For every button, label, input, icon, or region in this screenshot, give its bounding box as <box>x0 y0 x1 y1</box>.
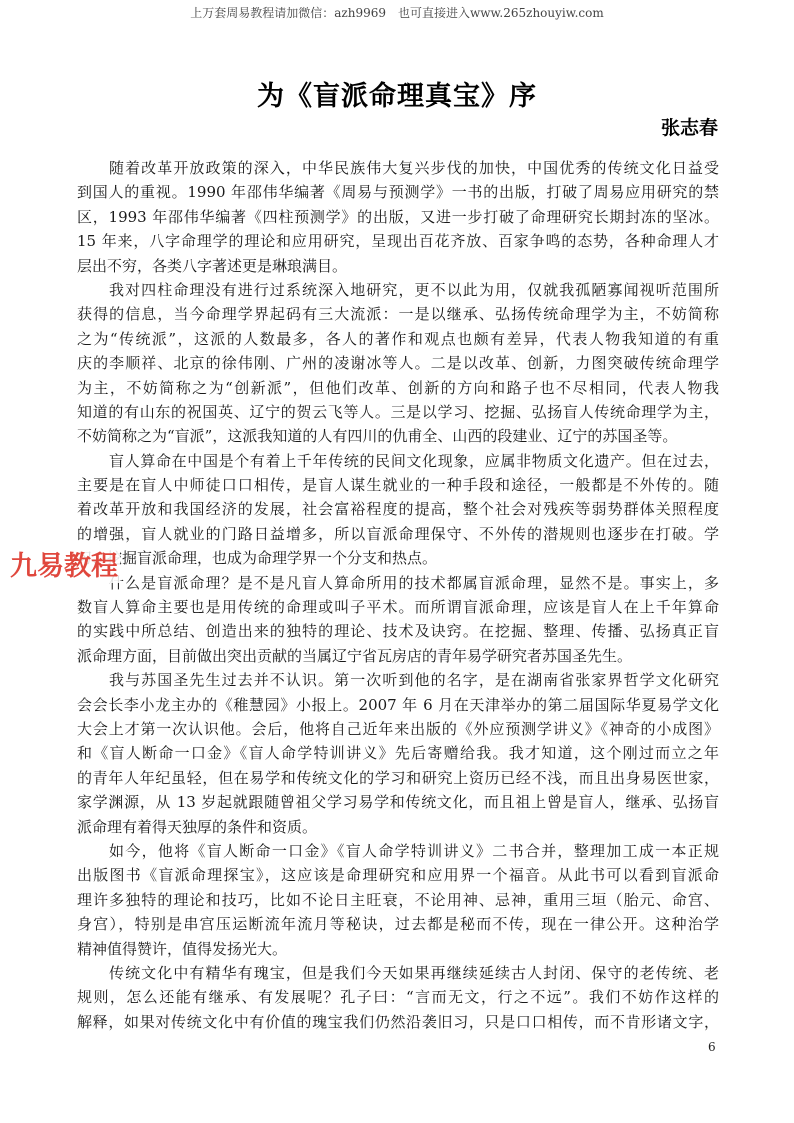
text-line: 主要是在盲人中师徒口口相传，是盲人谋生就业的一种手段和途径，一般都是不外传的。随 <box>77 473 719 497</box>
text-line: 庆的李顺祥、北京的徐伟刚、广州的凌谢冰等人。二是以改革、创新，力图突破传统命理学 <box>77 351 719 375</box>
text-line: 获得的信息，当今命理学界起码有三大流派：一是以继承、弘扬传统命理学为主，不妨简称 <box>77 302 719 326</box>
page-title: 为《盲派命理真宝》序 <box>0 74 794 113</box>
text-line: 盲人算命在中国是个有着上千年传统的民间文化现象，应属非物质文化遗产。但在过去， <box>77 449 719 473</box>
text-line: 着改革开放和我国经济的发展，社会富裕程度的提高，整个社会对残疾等弱势群体关照程度 <box>77 497 719 521</box>
paragraph: 传统文化中有精华有瑰宝，但是我们今天如果再继续延续古人封闭、保守的老传统、老规则… <box>77 961 719 1034</box>
text-line: 随着改革开放政策的深入，中华民族伟大复兴步伐的加快，中国优秀的传统文化日益受 <box>77 156 719 180</box>
text-line: 理许多独特的理论和技巧，比如不论日主旺衰，不论用神、忌神，重用三垣（胎元、命宫、 <box>77 888 719 912</box>
text-line: 15 年来，八字命理学的理论和应用研究，呈现出百花齐放、百家争鸣的态势，各种命理… <box>77 229 719 253</box>
text-line: 什么是盲派命理？是不是凡盲人算命所用的技术都属盲派命理，显然不是。事实上，多 <box>77 571 719 595</box>
text-line: 规则，怎么还能有继承、有发展呢？孔子曰：“言而无文，行之不远”。我们不妨作这样的 <box>77 985 719 1009</box>
paragraph: 什么是盲派命理？是不是凡盲人算命所用的技术都属盲派命理，显然不是。事实上，多数盲… <box>77 571 719 669</box>
text-line: 和《盲人断命一口金》《盲人命学特训讲义》先后寄赠给我。我才知道，这个刚过而立之年 <box>77 741 719 765</box>
text-line: 层出不穷，各类八字著述更是琳琅满目。 <box>77 254 719 278</box>
text-line: 解释，如果对传统文化中有价值的瑰宝我们仍然沿袭旧习，只是口口相传，而不肯形诸文字… <box>77 1010 719 1034</box>
text-line: 派命理有着得天独厚的条件和资质。 <box>77 815 719 839</box>
paragraph: 我对四柱命理没有进行过系统深入地研究，更不以此为用，仅就我孤陋寡闻视听范围所获得… <box>77 278 719 449</box>
page-number: 6 <box>708 1040 716 1054</box>
text-line: 不妨简称之为“盲派”，这派我知道的人有四川的仇甫全、山西的段建业、辽宁的苏国圣等… <box>77 424 719 448</box>
paragraph: 我与苏国圣先生过去并不认识。第一次听到他的名字，是在湖南省张家界哲学文化研究会会… <box>77 668 719 839</box>
text-line: 家学渊源，从 13 岁起就跟随曾祖父学习易学和传统文化，而且祖上曾是盲人，继承、… <box>77 790 719 814</box>
text-line: 我与苏国圣先生过去并不认识。第一次听到他的名字，是在湖南省张家界哲学文化研究 <box>77 668 719 692</box>
watermark-logo: 九易教程 <box>8 544 120 583</box>
text-line: 到国人的重视。1990 年邵伟华编著《周易与预测学》一书的出版，打破了周易应用研… <box>77 180 719 204</box>
paragraph: 如今，他将《盲人断命一口金》《盲人命学特训讲义》二书合并，整理加工成一本正规出版… <box>77 839 719 961</box>
text-line: 大会上才第一次认识他。会后，他将自己近年来出版的《外应预测学讲义》《神奇的小成图… <box>77 717 719 741</box>
text-line: 精神值得赞许，值得发扬光大。 <box>77 937 719 961</box>
text-line: 的增强，盲人就业的门路日益增多，所以盲派命理保守、不外传的潜规则也逐步在打破。学 <box>77 522 719 546</box>
text-line: 会会长李小龙主办的《稚慧园》小报上。2007 年 6 月在天津举办的第二届国际华… <box>77 693 719 717</box>
text-line: 之为“传统派”，这派的人数最多，各人的著作和观点也颇有差异，代表人物我知道的有重 <box>77 327 719 351</box>
text-line: 的青年人年纪虽轻，但在易学和传统文化的学习和研究上资历已经不浅，而且出身易医世家… <box>77 766 719 790</box>
text-line: 传统文化中有精华有瑰宝，但是我们今天如果再继续延续古人封闭、保守的老传统、老 <box>77 961 719 985</box>
text-line: 如今，他将《盲人断命一口金》《盲人命学特训讲义》二书合并，整理加工成一本正规 <box>77 839 719 863</box>
text-line: 知道的有山东的祝国英、辽宁的贺云飞等人。三是以学习、挖掘、弘扬盲人传统命理学为主… <box>77 400 719 424</box>
text-line: 出版图书《盲派命理探宝》，这应该是命理研究和应用界一个福音。从此书可以看到盲派命 <box>77 863 719 887</box>
text-line: 身宫），特别是串宫压运断流年流月等秘诀，过去都是秘而不传，现在一律公开。这种治学 <box>77 912 719 936</box>
author-name: 张志春 <box>661 113 718 140</box>
text-line: 数盲人算命主要也是用传统的命理或叫子平术。而所谓盲派命理，应该是盲人在上千年算命 <box>77 595 719 619</box>
text-line: 为主，不妨简称之为“创新派”，但他们改革、创新的方向和路子也不尽相同，代表人物我 <box>77 376 719 400</box>
text-line: 的实践中所总结、创造出来的独特的理论、技术及诀窍。在挖掘、整理、传播、弘扬真正盲 <box>77 619 719 643</box>
text-line: 派命理方面，目前做出突出贡献的当属辽宁省瓦房店的青年易学研究者苏国圣先生。 <box>77 644 719 668</box>
text-line: 我对四柱命理没有进行过系统深入地研究，更不以此为用，仅就我孤陋寡闻视听范围所 <box>77 278 719 302</box>
body-text: 随着改革开放政策的深入，中华民族伟大复兴步伐的加快，中国优秀的传统文化日益受到国… <box>77 156 719 1034</box>
text-line: 区，1993 年邵伟华编著《四柱预测学》的出版，又进一步打破了命理研究长期封冻的… <box>77 205 719 229</box>
header-promo-note: 上万套周易教程请加微信：azh9969 也可直接进入www.265zhouyiw… <box>0 4 794 21</box>
paragraph: 盲人算命在中国是个有着上千年传统的民间文化现象，应属非物质文化遗产。但在过去，主… <box>77 449 719 571</box>
document-page: 上万套周易教程请加微信：azh9969 也可直接进入www.265zhouyiw… <box>0 0 794 1123</box>
paragraph: 随着改革开放政策的深入，中华民族伟大复兴步伐的加快，中国优秀的传统文化日益受到国… <box>77 156 719 278</box>
text-line: 习、挖掘盲派命理，也成为命理学界一个分支和热点。 <box>77 546 719 570</box>
